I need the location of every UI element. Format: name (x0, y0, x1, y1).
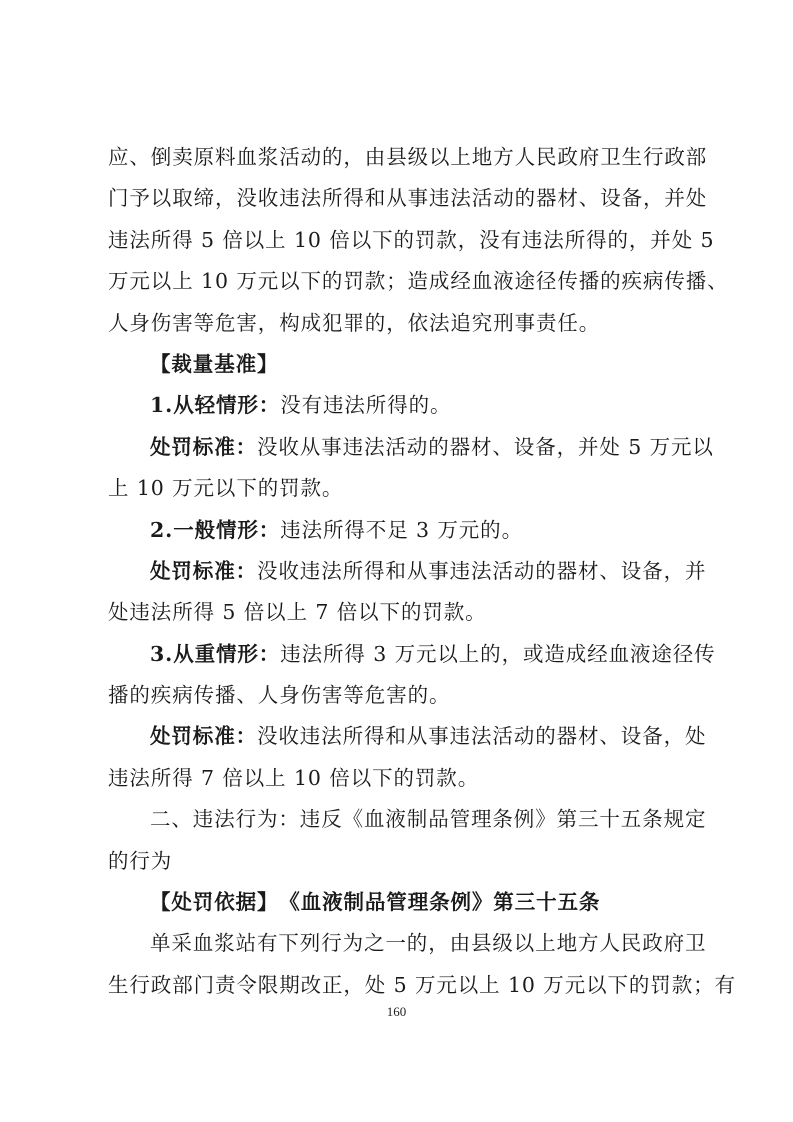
paragraph-line: 门予以取缔，没收违法所得和从事违法活动的器材、设备，并处 (108, 178, 692, 219)
level-3-condition-text: 违法所得 3 万元以上的，或造成经血液途径传 (280, 642, 715, 666)
paragraph-line: 违法所得 5 倍以上 10 倍以下的罚款，没有违法所得的，并处 5 (108, 220, 692, 261)
page-number: 160 (0, 1004, 793, 1020)
level-1-penalty-label: 处罚标准： (150, 435, 257, 459)
level-1-penalty-cont: 上 10 万元以下的罚款。 (108, 468, 692, 509)
level-3-penalty-text: 没收违法所得和从事违法活动的器材、设备，处 (257, 724, 706, 748)
level-3-penalty-cont: 违法所得 7 倍以上 10 倍以下的罚款。 (108, 758, 692, 799)
penalty-basis-heading: 【处罚依据】 《血液制品管理条例》第三十五条 (108, 882, 692, 923)
level-2-penalty: 处罚标准：没收违法所得和从事违法活动的器材、设备，并 (108, 551, 692, 592)
basis-paragraph-line: 生行政部门责令限期改正，处 5 万元以上 10 万元以下的罚款；有 (108, 965, 692, 1006)
paragraph-line: 万元以上 10 万元以下的罚款；造成经血液途径传播的疾病传播、 (108, 261, 692, 302)
basis-paragraph-line: 单采血浆站有下列行为之一的，由县级以上地方人民政府卫 (108, 923, 692, 964)
level-2-condition: 2.一般情形：违法所得不足 3 万元的。 (108, 510, 692, 551)
level-3-condition-cont: 播的疾病传播、人身伤害等危害的。 (108, 675, 692, 716)
level-2-condition-text: 违法所得不足 3 万元的。 (280, 518, 523, 542)
level-2-label: 2.一般情形： (150, 518, 280, 542)
discretion-heading: 【裁量基准】 (108, 344, 692, 385)
level-1-penalty: 处罚标准：没收从事违法活动的器材、设备，并处 5 万元以 (108, 427, 692, 468)
page-content: 应、倒卖原料血浆活动的，由县级以上地方人民政府卫生行政部 门予以取缔，没收违法所… (108, 137, 692, 1006)
level-2-penalty-label: 处罚标准： (150, 559, 257, 583)
level-2-penalty-cont: 处违法所得 5 倍以上 7 倍以下的罚款。 (108, 592, 692, 633)
level-1-condition: 1.从轻情形：没有违法所得的。 (108, 385, 692, 426)
paragraph-line: 应、倒卖原料血浆活动的，由县级以上地方人民政府卫生行政部 (108, 137, 692, 178)
level-3-penalty-label: 处罚标准： (150, 724, 257, 748)
level-1-penalty-text: 没收从事违法活动的器材、设备，并处 5 万元以 (257, 435, 714, 459)
level-1-label: 1.从轻情形： (150, 393, 280, 417)
section-two-heading: 二、违法行为：违反《血液制品管理条例》第三十五条规定 (108, 799, 692, 840)
section-two-heading-cont: 的行为 (108, 841, 692, 882)
level-3-label: 3.从重情形： (150, 642, 280, 666)
document-page: 应、倒卖原料血浆活动的，由县级以上地方人民政府卫生行政部 门予以取缔，没收违法所… (0, 0, 793, 1122)
level-3-condition: 3.从重情形：违法所得 3 万元以上的，或造成经血液途径传 (108, 634, 692, 675)
paragraph-line: 人身伤害等危害，构成犯罪的，依法追究刑事责任。 (108, 303, 692, 344)
level-1-condition-text: 没有违法所得的。 (280, 393, 451, 417)
level-3-penalty: 处罚标准：没收违法所得和从事违法活动的器材、设备，处 (108, 716, 692, 757)
level-2-penalty-text: 没收违法所得和从事违法活动的器材、设备，并 (257, 559, 706, 583)
